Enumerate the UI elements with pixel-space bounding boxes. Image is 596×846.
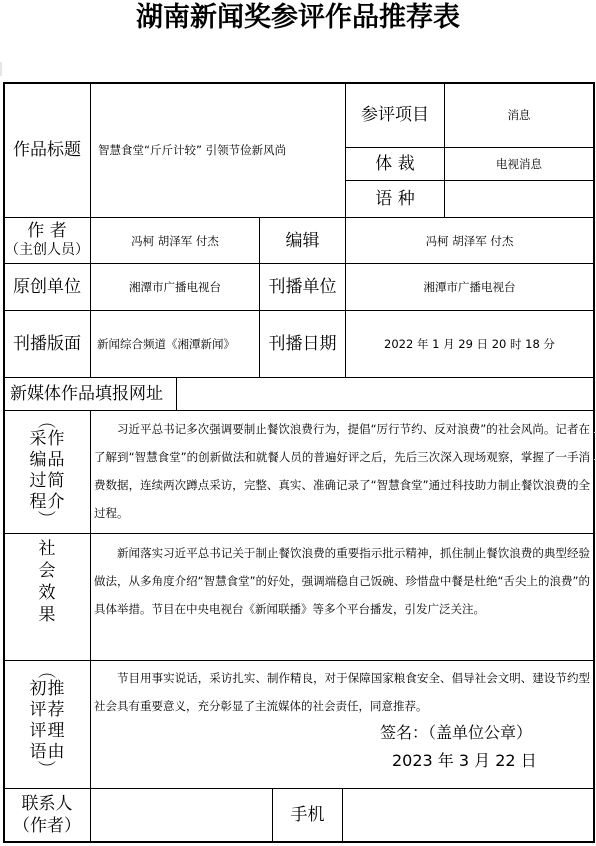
origin-unit-value[interactable]: 湘潭市广播电视台 (91, 264, 259, 310)
publish-unit-label: 刊播单位 (260, 264, 345, 310)
label-char: 程 (30, 492, 47, 513)
contact-label-line1: 联系人 (22, 793, 73, 815)
document-title: 湖南新闻奖参评作品推荐表 (0, 2, 596, 34)
label-char: 品 (48, 450, 65, 471)
paren-open-icon: ︵ (38, 667, 56, 679)
label-char: 社 (39, 538, 56, 560)
author-label-line1: 作 者 (27, 222, 66, 241)
phone-label: 手机 (273, 789, 342, 841)
contact-value[interactable] (91, 789, 272, 841)
table-border-right (593, 82, 595, 843)
author-value[interactable]: 冯柯 胡泽军 付杰 (91, 218, 259, 263)
label-char: 采 (30, 429, 47, 450)
label-char: 评 (30, 700, 47, 721)
effect-text[interactable]: 新闻落实习近平总书记关于制止餐饮浪费的重要指示批示精神，抓住制止餐饮浪费的典型经… (94, 539, 590, 623)
process-label: ︵ 作 品 简 介 采 编 过 程 ︶ (4, 417, 90, 525)
language-value[interactable] (445, 181, 593, 217)
paren-close-icon: ︶ (38, 763, 56, 775)
label-char: 理 (48, 721, 65, 742)
label-char: 介 (48, 492, 65, 513)
label-char: 编 (30, 450, 47, 471)
language-label: 语 种 (346, 181, 444, 217)
category-value[interactable]: 消息 (445, 83, 593, 147)
process-text[interactable]: 习近平总书记多次强调要制止餐饮浪费行为，提倡“厉行节约、反对浪费”的社会风尚。记… (94, 415, 590, 527)
contact-label: 联系人 （作者） (4, 789, 90, 841)
reason-label: ︵ 推 荐 理 由 初 评 评 语 ︶ (4, 667, 90, 775)
work-title-value[interactable]: 智慧食堂“斤斤计较” 引领节俭新风尚 (91, 83, 345, 217)
reason-label-col-right: 推 荐 理 由 (48, 679, 65, 763)
label-char: 由 (48, 742, 65, 763)
label-char: 简 (48, 471, 65, 492)
label-char: 果 (39, 604, 56, 626)
contact-label-line2: （作者） (13, 815, 81, 837)
paren-open-icon: ︵ (38, 417, 56, 429)
label-char: 语 (30, 742, 47, 763)
reason-label-col-left: 初 评 评 语 (30, 679, 47, 763)
editor-value[interactable]: 冯柯 胡泽军 付杰 (346, 218, 593, 263)
label-char: 过 (30, 471, 47, 492)
table-border-bottom (3, 841, 595, 843)
label-char: 初 (30, 679, 47, 700)
new-media-url-value[interactable] (177, 378, 593, 410)
label-char: 评 (30, 721, 47, 742)
author-label-line2: （主创人员） (5, 241, 89, 259)
label-char: 会 (39, 560, 56, 582)
label-char: 推 (48, 679, 65, 700)
genre-value[interactable]: 电视消息 (445, 148, 593, 180)
work-title-label: 作品标题 (4, 83, 90, 217)
process-label-columns: 作 品 简 介 采 编 过 程 (30, 429, 65, 513)
row-divider (3, 660, 595, 661)
genre-label: 体 裁 (346, 148, 444, 180)
publish-date-value[interactable]: 2022 年 1 月 29 日 20 时 18 分 (346, 311, 593, 377)
editor-label: 编辑 (260, 218, 345, 263)
publish-section-value[interactable]: 新闻综合频道《湘潭新闻》 (91, 311, 259, 377)
label-char: 荐 (48, 700, 65, 721)
process-label-col-left: 采 编 过 程 (30, 429, 47, 513)
signature-label: 签名：（盖单位公章） (380, 721, 532, 745)
paren-close-icon: ︶ (38, 513, 56, 525)
phone-value[interactable] (343, 789, 593, 841)
reason-label-columns: 推 荐 理 由 初 评 评 语 (30, 679, 65, 763)
reason-text[interactable]: 节目用事实说话，采访扎实、制作精良，对于保障国家粮食安全、倡导社会文明、建设节约… (94, 664, 590, 720)
row-divider (3, 410, 595, 411)
publish-date-label: 刊播日期 (260, 311, 345, 377)
effect-label: 社 会 效 果 (4, 538, 90, 626)
publish-unit-value[interactable]: 湘潭市广播电视台 (346, 264, 593, 310)
process-label-col-right: 作 品 简 介 (48, 429, 65, 513)
new-media-url-label: 新媒体作品填报网址 (4, 378, 176, 410)
label-char: 效 (39, 582, 56, 604)
page-margin-marker (0, 62, 2, 76)
publish-section-label: 刊播版面 (4, 311, 90, 377)
label-char: 作 (48, 429, 65, 450)
author-label: 作 者 （主创人员） (4, 218, 90, 263)
row-divider (3, 533, 595, 534)
origin-unit-label: 原创单位 (4, 264, 90, 310)
category-label: 参评项目 (346, 83, 444, 147)
signature-date: 2023 年 3 月 22 日 (392, 749, 537, 773)
col-divider (90, 410, 91, 843)
